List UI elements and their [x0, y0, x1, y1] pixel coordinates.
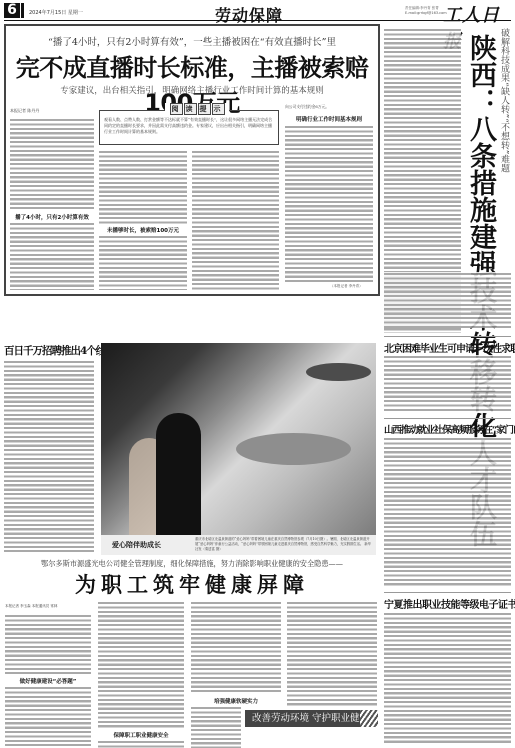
lead-body-col4	[285, 125, 373, 283]
brief-headline-shanxi[interactable]: 山西推动就业社保高频服务在“家门口”办理	[384, 422, 511, 436]
lead-subheadline: 专家建议，出台相关指引，明确网络主播行业工作时间计算的基本规则	[4, 84, 380, 96]
news-photo[interactable]	[101, 343, 376, 535]
lead-subtitle-1: 播了4小时，只有2小时算有效	[10, 213, 94, 221]
photo-fish-specimen-large	[236, 433, 351, 465]
second-subtitle-3: 培强健康软硬实力	[191, 697, 281, 705]
photo-caption-text: 重庆市北碚区北温泉街道的“爱心妈妈”带着困境儿童在重庆自然博物馆参观（7月10日…	[195, 537, 373, 552]
lead-end-note: （本报记者 李丹青）	[330, 284, 363, 289]
lead-subtitle-2: 未播够时长，被索赔100万元	[99, 226, 187, 234]
second-kicker: 鄂尔多斯市源盛光电公司健全管理制度，细化保障措施，努力消除影响职业健康的安全隐患…	[4, 559, 380, 569]
brief-separator	[384, 336, 511, 337]
photo-caption-title: 爱心陪伴助成长	[112, 540, 161, 550]
brief-headline-ningxia[interactable]: 宁夏推出职业技能等级电子证书	[384, 596, 511, 611]
brief-body-beijing	[384, 355, 511, 413]
lead-body-col2	[99, 150, 187, 224]
read-tip-text: 观看人数、点赞人数、打赏金额等不达标就不算“有效直播时长”，这让很多网络主播无法…	[104, 117, 274, 135]
lead-body-col2b	[99, 235, 187, 290]
second-body-col3b	[191, 706, 241, 748]
second-byline: 本报记者 李玉森 本报通讯员 常林	[5, 604, 57, 609]
photo-woman	[156, 413, 201, 535]
masthead-rule	[4, 20, 511, 21]
lead-kicker: “播了4小时，只有2小时算有效”，一些主播被困在“有效直播时长”里	[4, 34, 380, 48]
editor-info: 责任编辑:李丹青 张菁 E-mail:grrbgf@163.com	[405, 6, 447, 16]
brief-body-ningxia	[384, 612, 511, 744]
second-body-col2b	[98, 740, 184, 748]
editor-email: E-mail:grrbgf@163.com	[405, 11, 447, 16]
brief-headline-beijing[interactable]: 北京困难毕业生可申请一次性求职补贴	[384, 340, 511, 355]
page-number: 6	[4, 3, 20, 18]
second-body-col1a	[5, 614, 91, 674]
second-body-col1b	[5, 686, 91, 746]
second-body-col3	[191, 601, 281, 693]
photo-fish-specimen	[306, 363, 371, 381]
second-body-col2	[98, 601, 184, 729]
lead-body-col1b	[10, 222, 94, 290]
issue-date: 2024年7月15日 星期一	[29, 9, 83, 16]
job-fair-body	[4, 360, 94, 552]
lead-body-col4-lead: 向公司支付违约金6万元。	[285, 104, 329, 110]
shaanxi-body-wide	[384, 272, 511, 328]
second-subtitle-1: 做好健康建设“必答题”	[5, 677, 91, 685]
brief-separator	[384, 592, 511, 593]
read-tip-title: 阅读提示	[165, 103, 229, 115]
brief-separator	[384, 418, 511, 419]
second-subtitle-2: 保障职工职业健康安全	[98, 731, 184, 739]
lead-byline: 本报记者 陈丹丹	[10, 108, 39, 114]
shaanxi-vertical-subhead: 破解科技成果“缺人转”“不想转”难题	[497, 28, 509, 172]
banner-stripes	[360, 710, 378, 727]
section-title: 劳动保障	[215, 3, 283, 26]
lead-subtitle-3: 明确行业工作时间基本规则	[285, 115, 373, 123]
lead-body-col1a	[10, 118, 94, 210]
feature-banner: 改善劳动环境 守护职业健康	[245, 710, 360, 727]
page-number-bar	[21, 3, 24, 18]
brief-body-shanxi	[384, 437, 511, 587]
second-body-col4	[287, 601, 377, 707]
job-fair-headline[interactable]: 百日千万招聘推出4个线上专场	[4, 343, 96, 358]
lead-body-col3	[192, 150, 279, 290]
second-headline[interactable]: 为职工筑牢健康屏障	[4, 569, 380, 599]
